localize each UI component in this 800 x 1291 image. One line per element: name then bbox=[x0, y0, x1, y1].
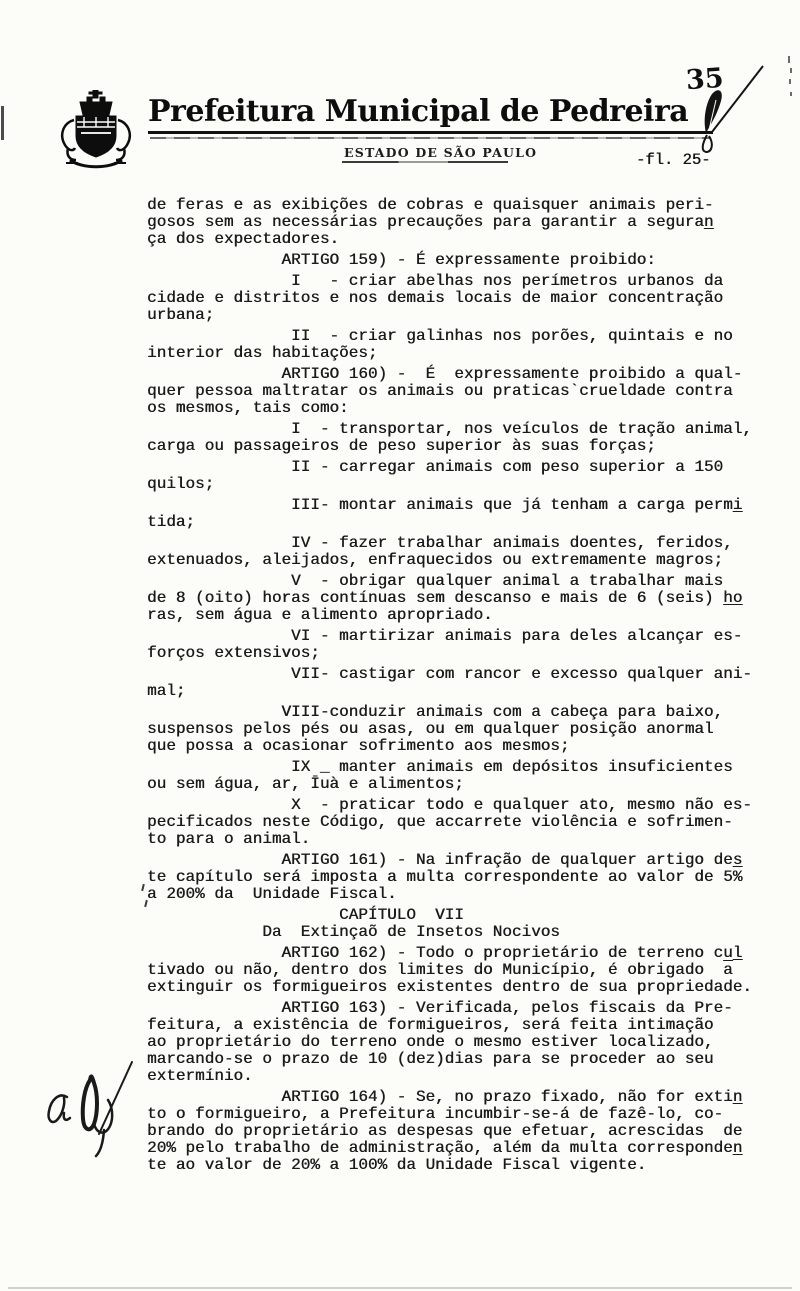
document-line: mal; bbox=[147, 683, 787, 700]
document-line: ARTIGO 164) - Se, no prazo fixado, não f… bbox=[147, 1089, 787, 1106]
document-line: to o formigueiro, a Prefeitura incumbir-… bbox=[147, 1106, 787, 1123]
scan-edge-mark bbox=[1, 106, 4, 140]
document-line: gosos sem as necessárias precauções para… bbox=[147, 214, 787, 231]
document-line: a 200% da Unidade Fiscal. bbox=[147, 886, 787, 903]
document-line: de 8 (oito) horas contínuas sem descanso… bbox=[147, 590, 787, 607]
document-line: extermínio. bbox=[147, 1068, 787, 1085]
document-line: extenuados, aleijados, enfraquecidos ou … bbox=[147, 552, 787, 569]
document-line: ao proprietário do terreno onde o mesmo … bbox=[147, 1034, 787, 1051]
letterhead-subtitle: ESTADO DE SÃO PAULO bbox=[344, 145, 514, 160]
document-line: suspensos pelos pés ou asas, ou em qualq… bbox=[147, 721, 787, 738]
document-line: IX _ manter animais em depósitos insufic… bbox=[147, 759, 787, 776]
document-line: ARTIGO 161) - Na infração de qualquer ar… bbox=[147, 852, 787, 869]
scan-speck bbox=[141, 884, 145, 891]
document-line: pecificados neste Código, que accarrete … bbox=[147, 814, 787, 831]
document-line: ras, sem água e alimento apropriado. bbox=[147, 607, 787, 624]
document-line: III- montar animais que já tenham a carg… bbox=[147, 497, 787, 514]
document-line: ARTIGO 162) - Todo o proprietário de ter… bbox=[147, 945, 787, 962]
document-line: X - praticar todo e qualquer ato, mesmo … bbox=[147, 797, 787, 814]
document-line: quer pessoa maltratar os animais ou prat… bbox=[147, 383, 787, 400]
document-line: tivado ou não, dentro dos limites do Mun… bbox=[147, 962, 787, 979]
document-line: forços extensivos; bbox=[147, 645, 787, 662]
document-line: I - criar abelhas nos perímetros urbanos… bbox=[147, 273, 787, 290]
document-line: Da Extinçaõ de Insetos Nocivos bbox=[147, 924, 787, 941]
document-line: que possa a ocasionar sofrimento aos mes… bbox=[147, 738, 787, 755]
document-line: carga ou passageiros de peso superior às… bbox=[147, 438, 787, 455]
document-line: VI - martirizar animais para deles alcan… bbox=[147, 628, 787, 645]
document-line: IV - fazer trabalhar animais doentes, fe… bbox=[147, 535, 787, 552]
document-line: ARTIGO 159) - É expressamente proibido: bbox=[147, 252, 787, 269]
letterhead-title: Prefeitura Municipal de Pedreira bbox=[148, 94, 723, 129]
document-line: to para o animal. bbox=[147, 831, 787, 848]
document-line: quilos; bbox=[147, 476, 787, 493]
document-line: 20% pelo trabalho de administração, além… bbox=[147, 1140, 787, 1157]
document-line: extinguir os formigueiros existentes den… bbox=[147, 979, 787, 996]
document-line: ARTIGO 160) - É expressamente proibido a… bbox=[147, 366, 787, 383]
subtitle-rule bbox=[342, 161, 508, 163]
document-line: te capítulo será imposta a multa corresp… bbox=[147, 869, 787, 886]
document-line: brando do proprietário as despesas que e… bbox=[147, 1123, 787, 1140]
document-line: ARTIGO 163) - Verificada, pelos fiscais … bbox=[147, 1000, 787, 1017]
document-line: te ao valor de 20% a 100% da Unidade Fis… bbox=[147, 1157, 787, 1174]
signature bbox=[28, 1056, 140, 1179]
document-line: VII- castigar com rancor e excesso qualq… bbox=[147, 666, 787, 683]
document-body: de feras e as exibições de cobras e quai… bbox=[147, 197, 787, 1174]
title-rule-thin bbox=[150, 137, 711, 139]
pen-flourish-mark bbox=[650, 52, 798, 165]
document-line: cidade e distritos e nos demais locais d… bbox=[147, 290, 787, 307]
document-line: marcando-se o prazo de 10 (dez)dias para… bbox=[147, 1051, 787, 1068]
document-line: tida; bbox=[147, 514, 787, 531]
scan-bottom-line bbox=[8, 1287, 792, 1289]
document-line: I - transportar, nos veículos de tração … bbox=[147, 421, 787, 438]
scanned-document-page: Prefeitura Municipal de Pedreira ESTADO … bbox=[0, 0, 800, 1291]
document-line: CAPÍTULO VII bbox=[147, 907, 787, 924]
document-line: ou sem água, ar, Īuà e alimentos; bbox=[147, 776, 787, 793]
document-line: de feras e as exibições de cobras e quai… bbox=[147, 197, 787, 214]
title-rule-thick bbox=[148, 131, 713, 134]
document-line: V - obrigar qualquer animal a trabalhar … bbox=[147, 573, 787, 590]
document-line: II - carregar animais com peso superior … bbox=[147, 459, 787, 476]
document-line: ça dos expectadores. bbox=[147, 231, 787, 248]
document-line: VIII-conduzir animais com a cabeça para … bbox=[147, 704, 787, 721]
document-line: II - criar galinhas nos porões, quintais… bbox=[147, 328, 787, 345]
document-line: interior das habitações; bbox=[147, 345, 787, 362]
document-line: os mesmos, tais como: bbox=[147, 400, 787, 417]
document-line: feitura, a existência de formigueiros, s… bbox=[147, 1017, 787, 1034]
document-line: urbana; bbox=[147, 307, 787, 324]
coat-of-arms-icon bbox=[56, 90, 136, 179]
